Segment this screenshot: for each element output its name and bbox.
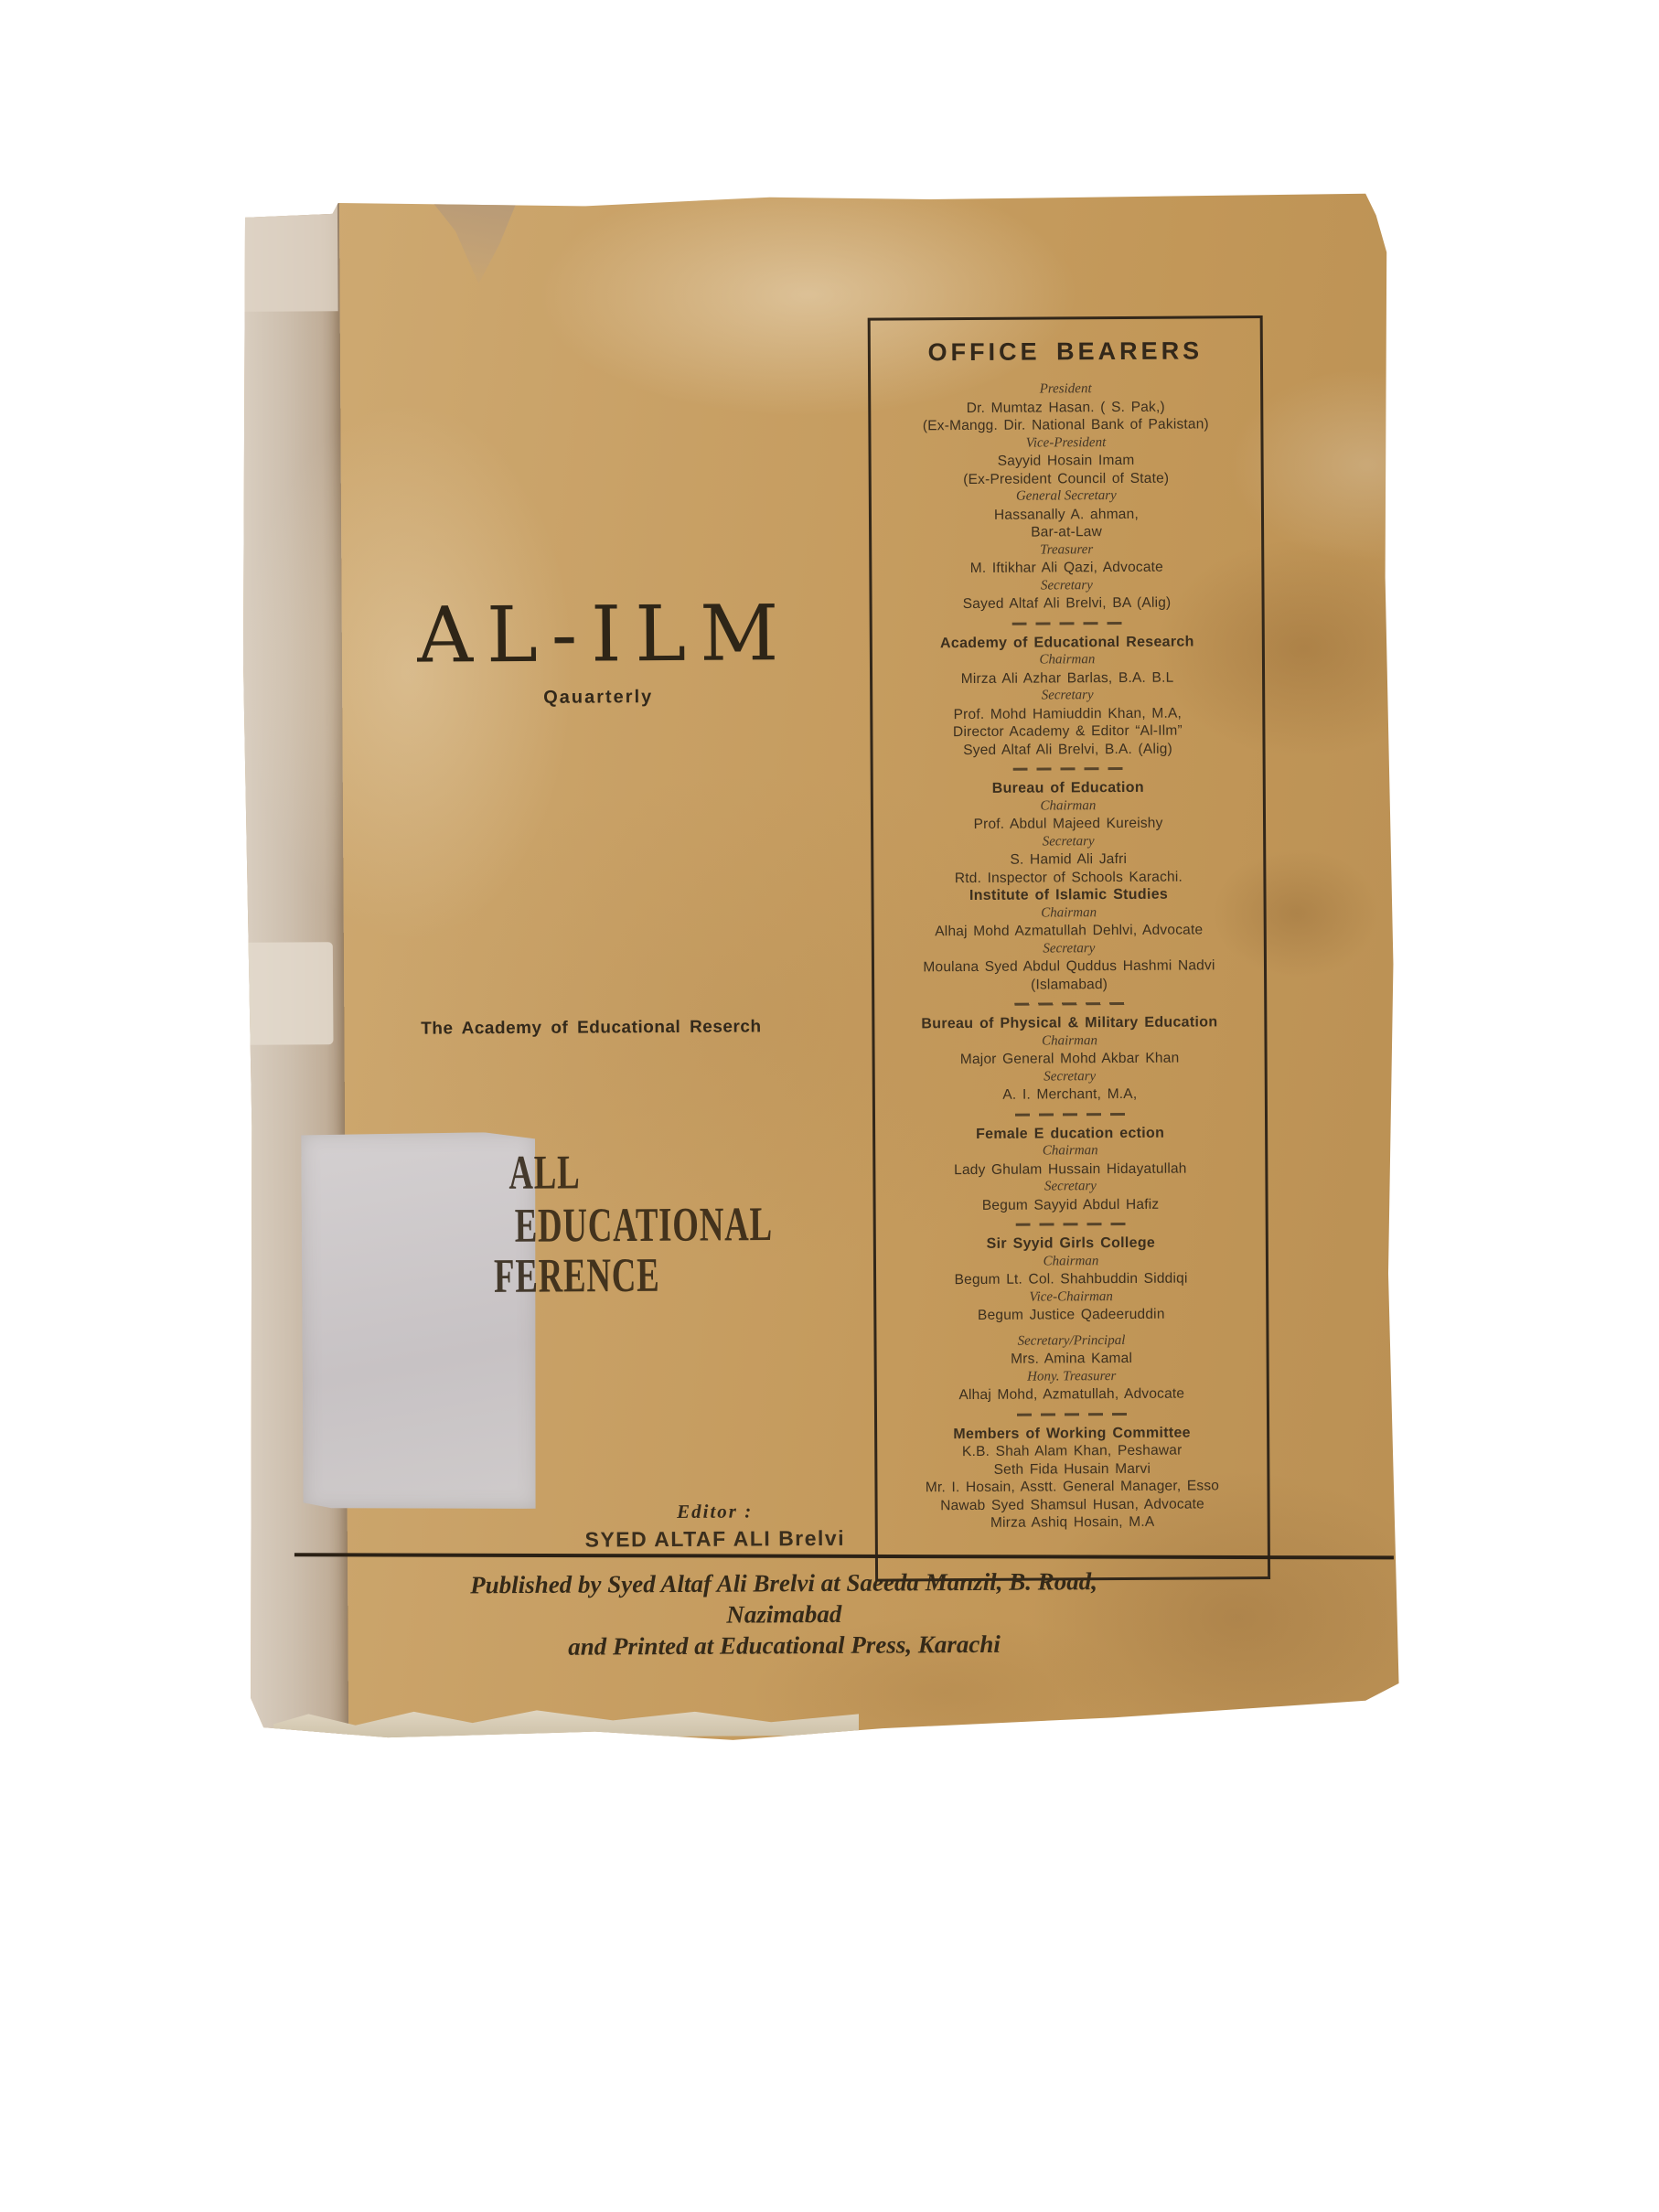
library-sticker [301, 1132, 538, 1511]
office-bearer-line: Sayyid Hosain Imam [872, 451, 1261, 471]
office-bearer-line: Chairman [876, 1252, 1266, 1272]
section-divider [1014, 1002, 1124, 1006]
office-bearer-line: Begum Sayyid Abdul Hafiz [876, 1195, 1266, 1215]
conference-title-line-3: FERENCE [494, 1251, 660, 1300]
office-bearer-line: Members of Working Committee [877, 1424, 1267, 1444]
office-bearer-line: Lady Ghulam Hussain Hidayatullah [875, 1159, 1265, 1180]
office-bearer-line: Dr. Mumtaz Hasan. ( S. Pak,) [871, 398, 1260, 418]
office-bearer-line: President [871, 379, 1260, 400]
office-bearer-line: Vice-Chairman [876, 1288, 1266, 1308]
office-bearer-line: Mr. I. Hosain, Asstt. General Manager, E… [877, 1477, 1267, 1497]
office-bearer-line: Institute of Islamic Studies [873, 885, 1263, 905]
office-bearers-list: PresidentDr. Mumtaz Hasan. ( S. Pak,)(Ex… [871, 379, 1268, 1533]
office-bearer-line: S. Hamid Ali Jafri [873, 850, 1263, 870]
office-bearer-line: Mirza Ali Azhar Barlas, B.A. B.L [872, 668, 1262, 689]
office-bearer-line: General Secretary [872, 486, 1261, 507]
office-bearer-line: Female E ducation ection [875, 1124, 1265, 1144]
office-bearer-line: Hony. Treasurer [877, 1367, 1267, 1387]
masthead: AL-ILM Qauarterly [351, 594, 846, 710]
cover-tear-mark [428, 196, 520, 284]
office-bearer-line: Secretary [872, 576, 1261, 596]
spine-tape-patch-middle [245, 942, 334, 1045]
office-bearer-line: Chairman [872, 650, 1262, 670]
office-bearer-line: Chairman [874, 1031, 1264, 1052]
office-bearer-line: Alhaj Mohd, Azmatullah, Advocate [877, 1384, 1267, 1405]
section-divider [1015, 1112, 1125, 1116]
page-edges [273, 1703, 859, 1739]
conference-title-line-1: ALL [508, 1149, 580, 1197]
editor-label: Editor : [560, 1500, 871, 1524]
office-bearer-line: Chairman [875, 1141, 1265, 1161]
section-divider [1012, 621, 1122, 625]
office-bearer-line: (Ex-Mangg. Dir. National Bank of Pakista… [871, 415, 1260, 435]
office-bearer-line: Secretary [874, 939, 1264, 959]
section-divider [1016, 1223, 1126, 1226]
office-bearer-line: M. Iftikhar Ali Qazi, Advocate [872, 558, 1261, 578]
office-bearer-line: Academy of Educational Research [872, 633, 1262, 653]
office-bearer-line: (Ex-President Council of State) [872, 469, 1261, 489]
office-bearer-line: Mirza Ashiq Hosain, M.A [878, 1512, 1268, 1533]
conference-title-line-2: EDUCATIONAL [515, 1200, 773, 1250]
journal-frequency: Qauarterly [351, 686, 845, 710]
section-divider [1017, 1412, 1127, 1416]
office-bearer-line: Mrs. Amina Kamal [877, 1349, 1267, 1369]
office-bearer-line: Begum Justice Qadeeruddin [876, 1305, 1266, 1325]
office-bearer-line: Prof. Abdul Majeed Kureishy [873, 814, 1263, 834]
office-bearer-line: Secretary [872, 686, 1262, 706]
office-bearer-line: Seth Fida Husain Marvi [877, 1459, 1267, 1480]
imprint-line-2: and Printed at Educational Press, Karach… [450, 1628, 1118, 1662]
office-bearer-line: Syed Altaf Ali Brelvi, B.A. (Alig) [872, 740, 1262, 760]
office-bearer-line: Major General Mohd Akbar Khan [875, 1049, 1265, 1069]
office-bearer-line: Treasurer [872, 540, 1261, 561]
office-bearer-line: Secretary [875, 1067, 1265, 1087]
office-bearer-line: A. I. Merchant, M.A, [875, 1085, 1265, 1105]
office-bearer-line: Vice-President [871, 433, 1260, 454]
office-bearer-line: (Islamabad) [874, 975, 1264, 995]
editor-block: Editor : SYED ALTAF ALI Brelvi [560, 1500, 871, 1553]
office-bearer-line: Rtd. Inspector of Schools Karachi. [873, 868, 1263, 888]
office-bearer-line: Chairman [873, 796, 1263, 817]
office-bearer-line: Sayed Altaf Ali Brelvi, BA (Alig) [872, 593, 1262, 614]
office-bearer-line: Secretary [875, 1177, 1265, 1197]
office-bearer-line: Director Academy & Editor “Al-Ilm” [872, 721, 1262, 742]
office-bearer-line: Sir Syyid Girls College [876, 1234, 1266, 1254]
editor-name: SYED ALTAF ALI Brelvi [560, 1526, 871, 1553]
book-cover-photo: AL-ILM Qauarterly The Academy of Educati… [241, 190, 1400, 1745]
office-bearer-line: Secretary/Principal [876, 1331, 1266, 1352]
imprint: Published by Syed Altaf Ali Brelvi at Sa… [450, 1565, 1118, 1662]
book-spine [241, 197, 348, 1745]
office-bearer-line: Bureau of Education [873, 778, 1263, 798]
office-bearers-box: OFFICE BEARERS PresidentDr. Mumtaz Hasan… [868, 315, 1270, 1582]
office-bearer-line: Nawab Syed Shamsul Husan, Advocate [878, 1495, 1268, 1515]
office-bearers-title: OFFICE BEARERS [871, 337, 1260, 368]
office-bearer-line: K.B. Shah Alam Khan, Peshawar [877, 1441, 1267, 1461]
office-bearer-line: Prof. Mohd Hamiuddin Khan, M.A, [872, 704, 1262, 724]
journal-title: AL-ILM [351, 594, 846, 674]
office-bearer-line: Begum Lt. Col. Shahbuddin Siddiqi [876, 1269, 1266, 1289]
office-bearer-line: Chairman [874, 903, 1264, 924]
office-bearer-line: Bar-at-Law [872, 522, 1261, 542]
office-bearer-line: Bureau of Physical & Military Education [874, 1013, 1264, 1033]
office-bearer-line: Moulana Syed Abdul Quddus Hashmi Nadvi [874, 956, 1264, 977]
section-divider [1013, 767, 1123, 771]
office-bearer-line: Secretary [873, 832, 1263, 852]
publisher-org: The Academy of Educational Reserch [353, 1017, 829, 1040]
office-bearer-line: Alhaj Mohd Azmatullah Dehlvi, Advocate [874, 921, 1264, 941]
office-bearer-line: Hassanally A. ahman, [872, 505, 1261, 525]
spine-tape-patch-top [241, 197, 338, 312]
imprint-line-1: Published by Syed Altaf Ali Brelvi at Sa… [450, 1565, 1118, 1631]
